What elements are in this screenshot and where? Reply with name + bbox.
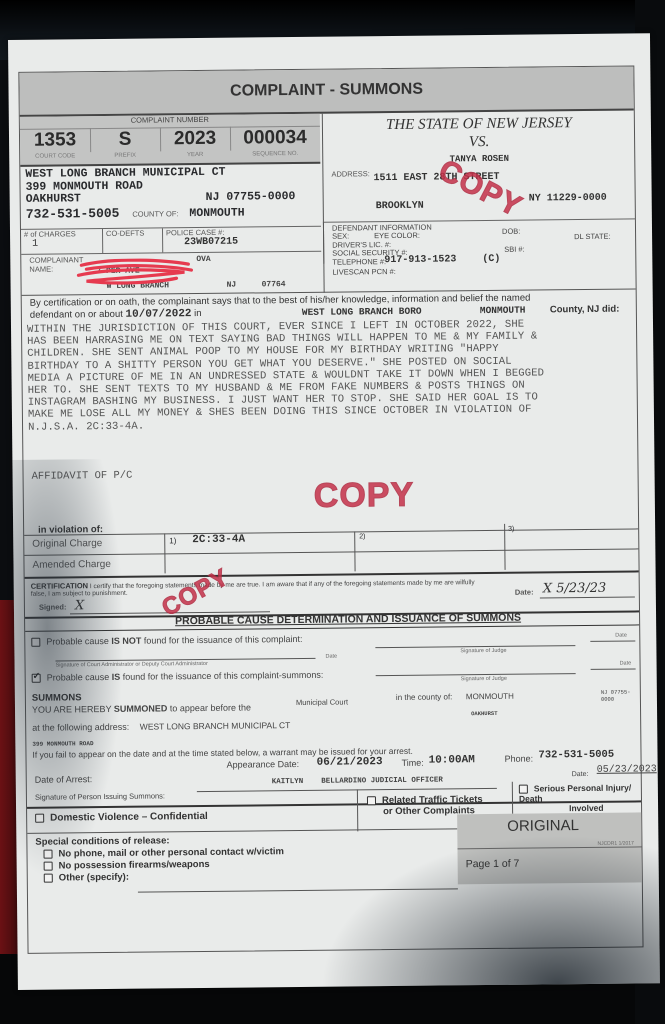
complainant-name-label: NAME: (29, 265, 53, 274)
page-indicator: Page 1 of 7 (466, 858, 520, 871)
summons-paper: COMPLAINT - SUMMONS COMPLAINT NUMBER 135… (8, 33, 660, 990)
probable-cause-header: PROBABLE CAUSE DETERMINATION AND ISSUANC… (175, 612, 521, 628)
divider (164, 533, 165, 573)
judge-signature-label: Signature of Judge (460, 648, 506, 654)
narrative-intro: By certification or on oath, the complai… (30, 292, 630, 322)
narrative-section: By certification or on oath, the complai… (22, 288, 638, 523)
release-header: Special conditions of release: (35, 835, 169, 847)
sbi-label: SBI #: (504, 245, 525, 254)
summons-header: SUMMONS (32, 692, 82, 704)
copy-stamp: COPY (433, 153, 528, 224)
summons-phone: 732-531-5005 (538, 749, 614, 762)
summons-bold: SUMMONED (114, 703, 168, 714)
court-county: MONMOUTH (189, 206, 244, 220)
court-code-label: COURT CODE (20, 153, 90, 163)
charges-count-cell: # of CHARGES 1 (21, 229, 103, 254)
pc-found-row: Probable cause IS found for the issuance… (32, 670, 324, 683)
judge-date-line-2 (591, 668, 636, 669)
offense-date: 10/07/2022 (125, 308, 191, 321)
judge-date-label-2: Date (620, 661, 632, 667)
signed-label: Signed: (39, 602, 67, 611)
complainant-name-partial: OVA (196, 255, 210, 264)
narrative-body: WITHIN THE JURISDICTION OF THIS COURT, E… (27, 317, 632, 433)
offense-municipality: WEST LONG BRANCH BORO (302, 306, 422, 319)
defendant-telephone: 917-913-1523 (384, 254, 456, 266)
state-title: THE STATE OF NEW JERSEY (323, 114, 635, 134)
prefix-label: PREFIX (90, 152, 160, 162)
other-label: Other (specify): (59, 872, 129, 884)
summons-state-zip: NJ 07755-0000 (601, 688, 640, 702)
court-block: WEST LONG BRANCH MUNICIPAL CT 399 MONMOU… (20, 164, 321, 227)
pc-found-text-1: Probable cause (47, 672, 112, 683)
charge-slot-3: 3) (508, 526, 514, 533)
judge-date-line (590, 640, 635, 641)
summons-text-2: to appear before the (167, 702, 251, 713)
defendant-info-block: DEFENDANT INFORMATION SEX: EYE COLOR: DO… (323, 218, 637, 292)
summons-line: YOU ARE HEREBY SUMMONED to appear before… (32, 702, 251, 714)
court-type: Municipal Court (296, 697, 348, 707)
appearance-date-label: Appearance Date: (227, 759, 300, 770)
codefts-cell: CO-DEFTS (103, 228, 163, 253)
pc-not-found-row: Probable cause IS NOT found for the issu… (31, 634, 302, 647)
other-checkbox[interactable] (44, 874, 53, 883)
appearance-date: 06/21/2023 (317, 756, 383, 769)
summons-address-label: at the following address: (32, 722, 129, 733)
pc-found-bold: IS (112, 672, 121, 682)
signature: X (75, 598, 84, 613)
pc-not-found-text-2: found for the issuance of this complaint… (141, 634, 302, 646)
release-options: No phone, mail or other personal contact… (43, 846, 284, 885)
county-label: COUNTY OF: (132, 209, 178, 218)
no-firearms-checkbox[interactable] (44, 862, 53, 871)
appearance-time: 10:00AM (429, 754, 475, 766)
certification-text-2: false, I am subject to punishment. (31, 590, 128, 598)
summons-address-1: WEST LONG BRANCH MUNICIPAL CT (140, 720, 291, 732)
admin-date-label: Date (325, 654, 337, 660)
complaint-summons-form: COMPLAINT - SUMMONS COMPLAINT NUMBER 135… (18, 65, 643, 953)
defendant-name: TANYA ROSEN (323, 152, 635, 165)
domestic-violence-label: Domestic Violence – Confidential (50, 811, 208, 824)
charge-slot-1: 1) (169, 536, 176, 545)
summons-county-label: in the county of: (396, 692, 453, 702)
issuer-signature-line (197, 788, 497, 792)
issuer-name: KAITLYN BELLARDINO JUDICIAL OFFICER (272, 776, 443, 786)
other-specify-line (138, 888, 458, 892)
charge-1-code: 2C:33-4A (192, 534, 245, 547)
summons-text-1: YOU ARE HEREBY (32, 704, 114, 715)
cert-date: X 5/23/23 (543, 581, 607, 597)
serious-injury-row: Serious Personal Injury/ Death Involved (519, 782, 641, 814)
serious-injury-label-1: Serious Personal Injury/ Death (519, 783, 631, 804)
court-city: OAKHURST (26, 192, 81, 206)
sex-label: SEX: (332, 231, 349, 240)
police-case-cell: POLICE CASE #: 23WB07215 (163, 227, 321, 253)
judge-signature-label-2: Signature of Judge (461, 676, 507, 682)
sequence-number: 000034 (230, 126, 320, 151)
time-label: Time: (402, 758, 424, 768)
original-charge-label: Original Charge (32, 538, 102, 550)
probable-cause-section: PROBABLE CAUSE DETERMINATION AND ISSUANC… (25, 610, 641, 806)
summons-date-label: Date: (572, 771, 589, 778)
vs-label: VS. (323, 132, 635, 152)
defendant-city: BROOKLYN (376, 201, 424, 213)
summons-date: 05/23/2023 (597, 764, 657, 776)
summons-address-row: at the following address: WEST LONG BRAN… (32, 720, 290, 733)
no-contact-checkbox[interactable] (43, 850, 52, 859)
pc-found-checkbox[interactable] (32, 674, 41, 683)
offense-county: MONMOUTH (480, 305, 526, 317)
violation-section: in violation of: Original Charge Amended… (24, 516, 639, 574)
bottom-section: Domestic Violence – Confidential Related… (27, 800, 642, 952)
pc-not-found-text-1: Probable cause (46, 636, 111, 647)
livescan-label: LIVESCAN PCN #: (332, 267, 395, 277)
serious-injury-checkbox[interactable] (519, 785, 528, 794)
county-nj-did: County, NJ did: (550, 304, 620, 317)
court-code: 1353 (20, 128, 91, 153)
complaint-number-box: COMPLAINT NUMBER 1353 S 2023 000034 COUR… (20, 114, 321, 167)
phone-label: Phone: (505, 754, 534, 764)
sequence-label: SEQUENCE NO. (230, 151, 320, 161)
eye-color-label: EYE COLOR: (374, 231, 420, 240)
judge-date-label: Date (615, 633, 627, 639)
date-line (540, 596, 635, 598)
cert-date-label: Date: (515, 588, 534, 597)
related-tickets-checkbox[interactable] (367, 796, 376, 805)
prefix: S (90, 127, 161, 152)
summons-address-2: 399 MONMOUTH ROAD (32, 740, 93, 748)
certification-text: CERTIFICATION I certify that the foregoi… (31, 576, 631, 591)
original-panel: ORIGINAL NJCDR1 1/2017 Page 1 of 7 (457, 812, 642, 884)
divider (24, 548, 638, 555)
copy-stamp-center: COPY (314, 476, 415, 516)
affidavit-label: AFFIDAVIT OF P/C (32, 470, 133, 483)
no-firearms-label: No possession firearms/weapons (59, 859, 210, 872)
year: 2023 (160, 127, 231, 152)
police-case-number: 23WB07215 (166, 236, 321, 249)
no-contact-label: No phone, mail or other personal contact… (58, 846, 284, 859)
release-option-other: Other (specify): (44, 870, 285, 885)
defendant-address-label: ADDRESS: (331, 169, 369, 178)
pc-not-found-checkbox[interactable] (31, 638, 40, 647)
domestic-violence-checkbox[interactable] (35, 814, 44, 823)
domestic-violence-row: Domestic Violence – Confidential (35, 811, 208, 824)
admin-signature-label: Signature of Court Administrator or Depu… (56, 661, 208, 669)
charges-count: 1 (24, 238, 102, 250)
divider (457, 846, 641, 849)
pc-not-found-bold: IS NOT (111, 636, 141, 646)
summons-county: MONMOUTH (466, 692, 514, 702)
defendant-state-zip: NY 11229-0000 (529, 193, 607, 205)
dl-state-label: DL STATE: (574, 232, 611, 241)
arrest-date-label: Date of Arrest: (35, 774, 93, 785)
redaction-scribble (76, 258, 196, 287)
court-phone: 732-531-5005 (26, 205, 120, 221)
narrative-intro-prefix: defendant on or about (30, 309, 123, 321)
form-title: COMPLAINT - SUMMONS (19, 66, 633, 116)
codefts-label: CO-DEFTS (106, 228, 162, 238)
certification-text-1: I certify that the foregoing statements … (90, 579, 475, 590)
dob-label: DOB: (502, 227, 520, 236)
issuer-label: Signature of Person Issuing Summons: (35, 791, 165, 801)
amended-charge-label: Amended Charge (32, 559, 111, 571)
narrative-in: in (194, 308, 202, 319)
telephone-type: (C) (482, 254, 500, 265)
summons-city: OAKHURST (471, 710, 497, 717)
pc-found-text-2: found for the issuance of this complaint… (120, 670, 323, 682)
telephone-label: TELEPHONE #: (332, 257, 386, 267)
complainant-state: NJ (227, 281, 237, 290)
charge-slot-2: 2) (359, 533, 365, 540)
original-label: ORIGINAL (507, 817, 579, 835)
year-label: YEAR (160, 152, 230, 162)
divider (354, 531, 355, 571)
court-state-zip: NJ 07755-0000 (206, 191, 296, 204)
divider (27, 828, 457, 834)
divider (24, 528, 638, 535)
complainant-zip: 07764 (262, 280, 286, 289)
